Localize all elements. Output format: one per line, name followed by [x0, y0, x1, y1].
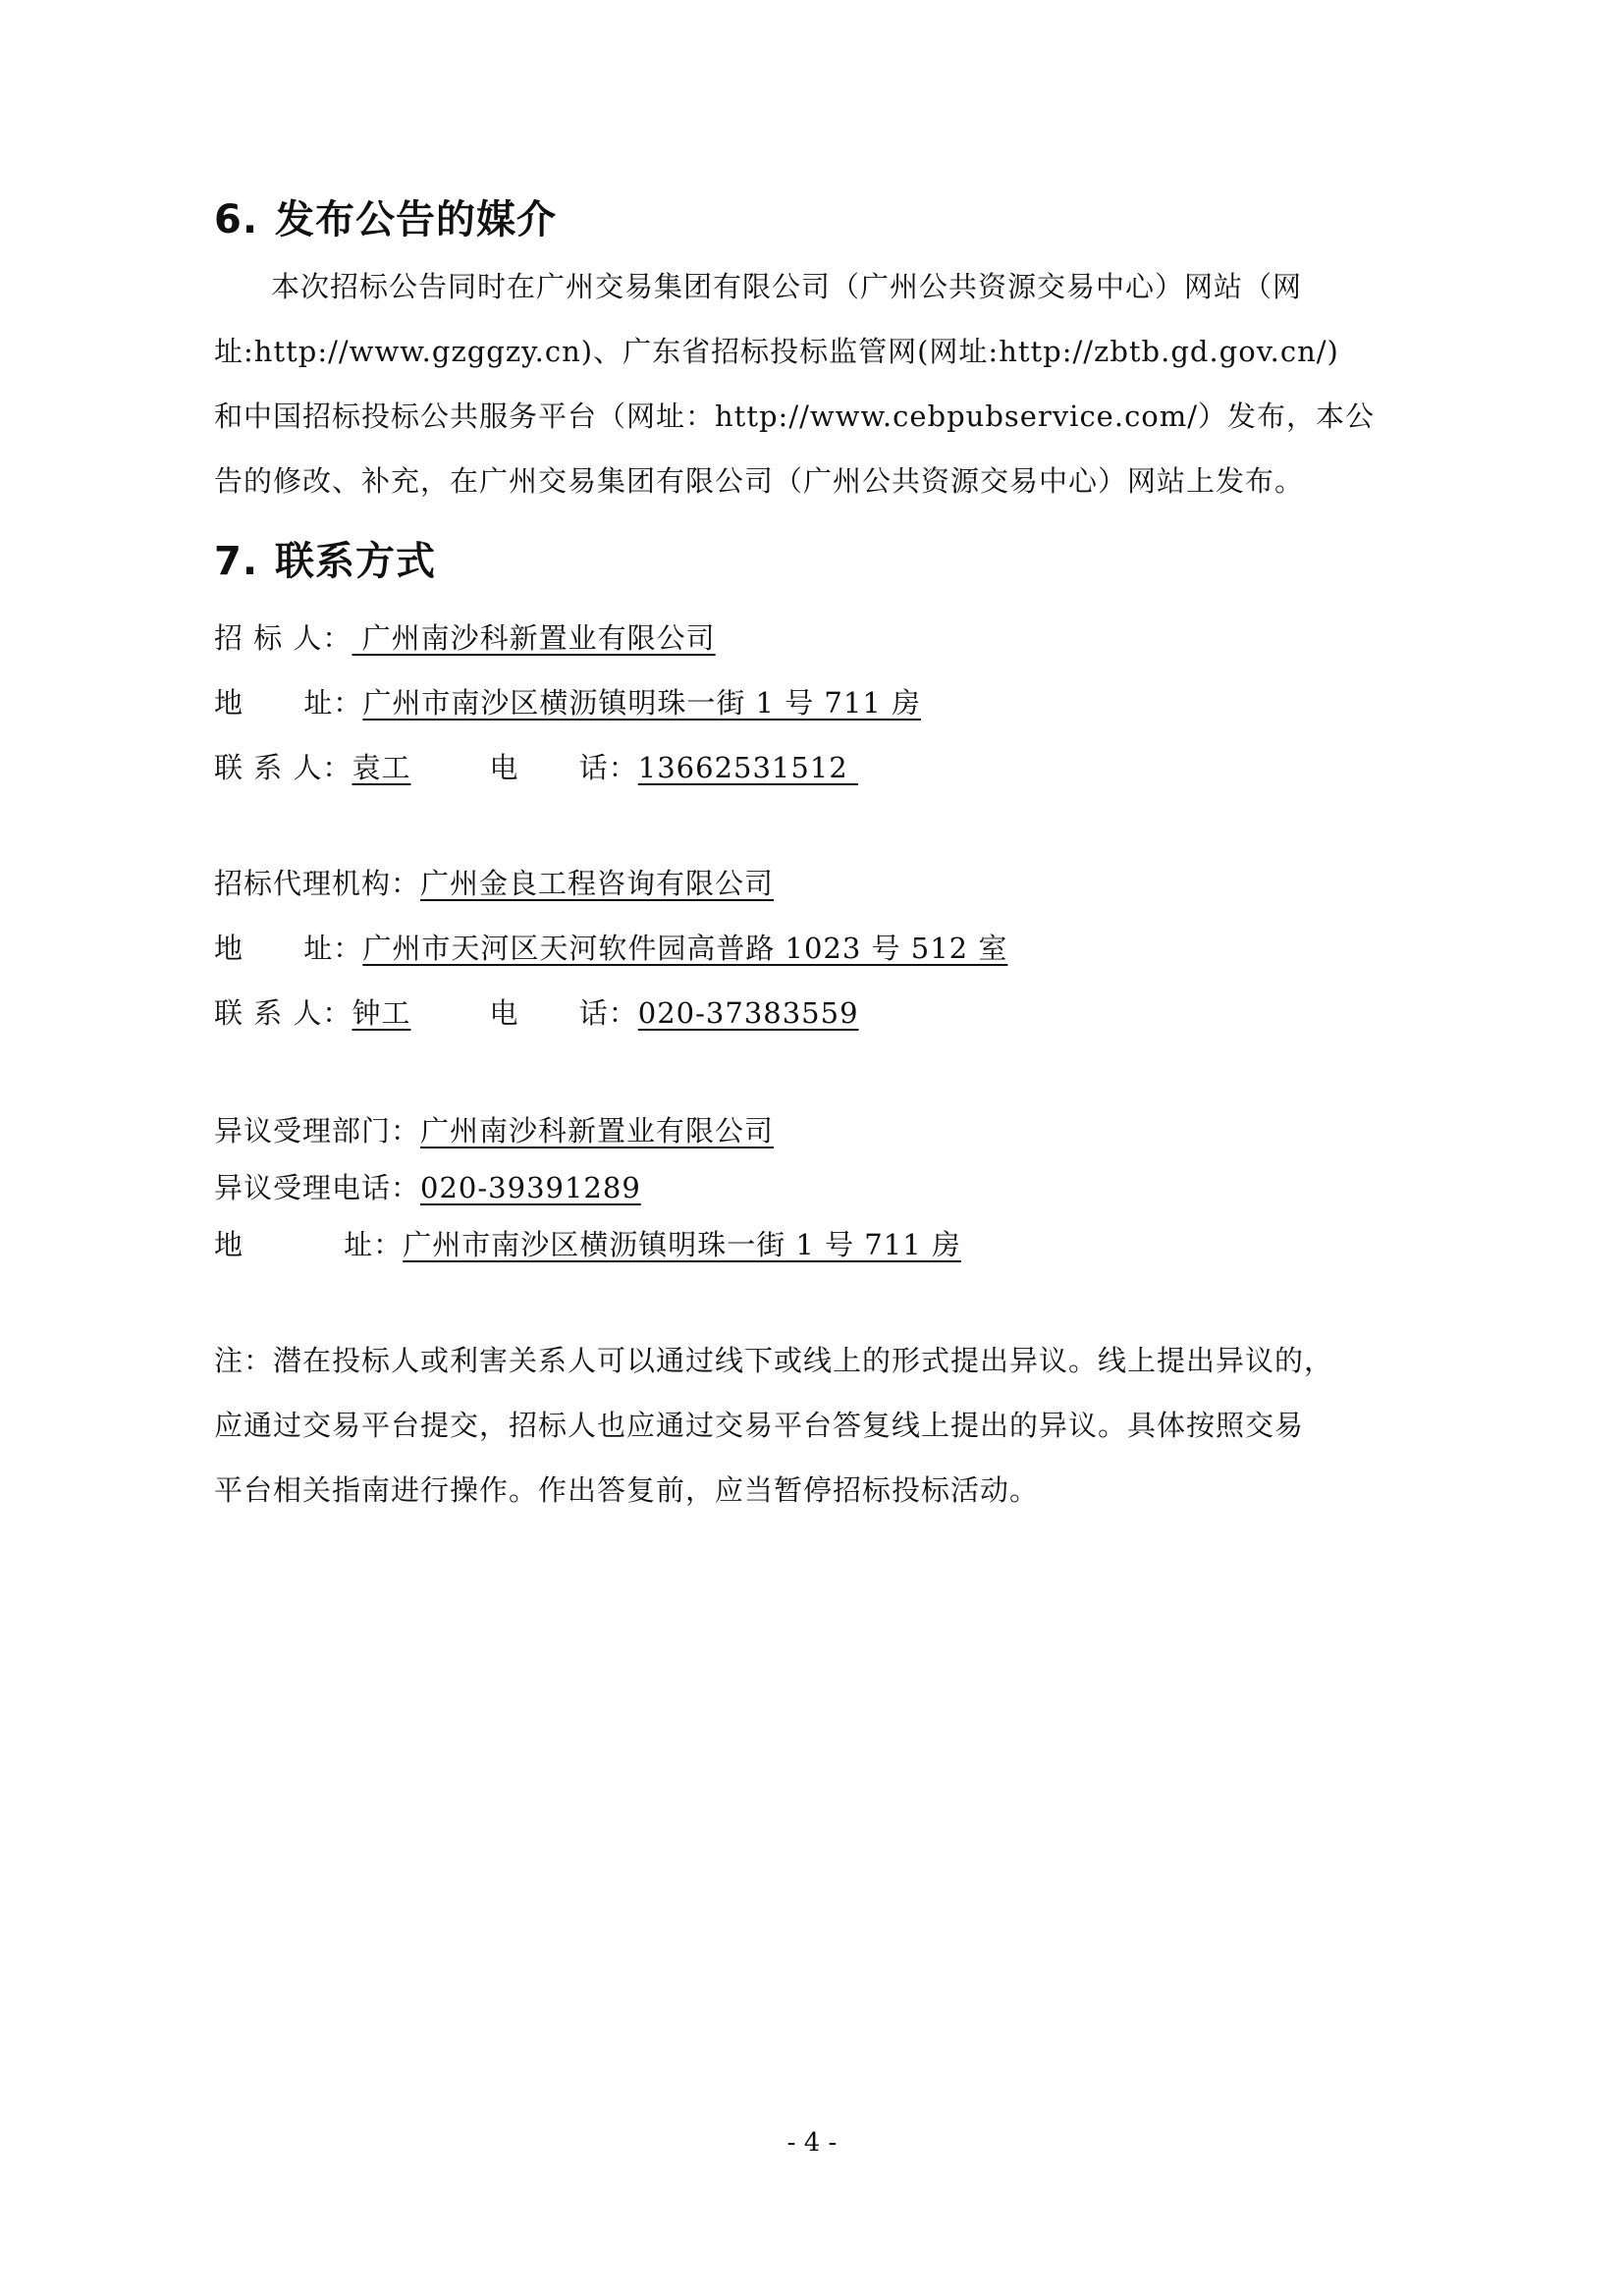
section-6-line-1: 本次招标公告同时在广州交易集团有限公司（广州公共资源交易中心）网站（网: [271, 267, 1302, 306]
tenderer-name-row: 招 标 人： 广州南沙科新置业有限公司: [214, 618, 716, 658]
objection-dept-label: 异议受理部门：: [214, 1111, 420, 1150]
note-line-2: 应通过交易平台提交，招标人也应通过交易平台答复线上提出的异议。具体按照交易: [214, 1406, 1304, 1445]
tenderer-name-value: 广州南沙科新置业有限公司: [352, 621, 715, 655]
page-number: - 4 -: [0, 2128, 1624, 2158]
section-6-title: 发布公告的媒介: [275, 197, 557, 242]
tenderer-address-label: 地 址：: [214, 683, 362, 722]
agency-address-label: 地 址：: [214, 929, 362, 968]
section-6-line-2: 址:http://www.gzggzy.cn)、广东省招标投标监管网(网址:ht…: [214, 332, 1339, 371]
document-page: 6.发布公告的媒介 本次招标公告同时在广州交易集团有限公司（广州公共资源交易中心…: [0, 0, 1624, 2296]
note-line-3: 平台相关指南进行操作。作出答复前，应当暂停招标投标活动。: [214, 1470, 1039, 1510]
tenderer-contact-label: 联 系 人：: [214, 748, 352, 787]
section-6-line-3: 和中国招标投标公共服务平台（网址：http://www.cebpubservic…: [214, 397, 1375, 436]
objection-phone-label: 异议受理电话：: [214, 1168, 420, 1207]
agency-address-row: 地 址：广州市天河区天河软件园高普路 1023 号 512 室: [214, 929, 1007, 968]
objection-phone-row: 异议受理电话：020-39391289: [214, 1168, 641, 1207]
section-7-title: 联系方式: [275, 539, 436, 584]
section-7-number: 7.: [214, 538, 275, 585]
tenderer-phone-label: 电 话：: [489, 748, 637, 787]
agency-contact-row: 联 系 人：钟工电 话：020-37383559: [214, 993, 859, 1033]
objection-dept-row: 异议受理部门：广州南沙科新置业有限公司: [214, 1111, 774, 1150]
agency-name-row: 招标代理机构：广州金良工程咨询有限公司: [214, 864, 774, 903]
agency-contact-value: 钟工: [352, 996, 410, 1030]
tenderer-name-label: 招 标 人：: [214, 618, 352, 658]
tenderer-contact-row: 联 系 人：袁工电 话：13662531512: [214, 748, 858, 787]
objection-address-label: 地 址：: [214, 1225, 403, 1264]
objection-phone-value: 020-39391289: [420, 1171, 641, 1204]
section-6-heading: 6.发布公告的媒介: [214, 196, 557, 243]
note-line-1: 注：潜在投标人或利害关系人可以通过线下或线上的形式提出异议。线上提出异议的，: [214, 1341, 1333, 1380]
agency-phone-label: 电 话：: [489, 993, 637, 1033]
tenderer-phone-value: 13662531512: [638, 751, 858, 784]
objection-dept-value: 广州南沙科新置业有限公司: [420, 1114, 774, 1148]
agency-phone-value: 020-37383559: [638, 996, 859, 1030]
section-7-heading: 7.联系方式: [214, 538, 436, 585]
agency-address-value: 广州市天河区天河软件园高普路 1023 号 512 室: [362, 932, 1007, 965]
agency-name-label: 招标代理机构：: [214, 864, 420, 903]
objection-address-row: 地 址：广州市南沙区横沥镇明珠一街 1 号 711 房: [214, 1225, 961, 1264]
section-6-line-4: 告的修改、补充，在广州交易集团有限公司（广州公共资源交易中心）网站上发布。: [214, 461, 1304, 501]
tenderer-contact-value: 袁工: [352, 751, 410, 784]
tenderer-address-value: 广州市南沙区横沥镇明珠一街 1 号 711 房: [362, 686, 921, 720]
agency-contact-label: 联 系 人：: [214, 993, 352, 1033]
agency-name-value: 广州金良工程咨询有限公司: [420, 867, 774, 900]
section-6-number: 6.: [214, 196, 275, 243]
tenderer-address-row: 地 址：广州市南沙区横沥镇明珠一街 1 号 711 房: [214, 683, 921, 722]
objection-address-value: 广州市南沙区横沥镇明珠一街 1 号 711 房: [403, 1228, 961, 1261]
